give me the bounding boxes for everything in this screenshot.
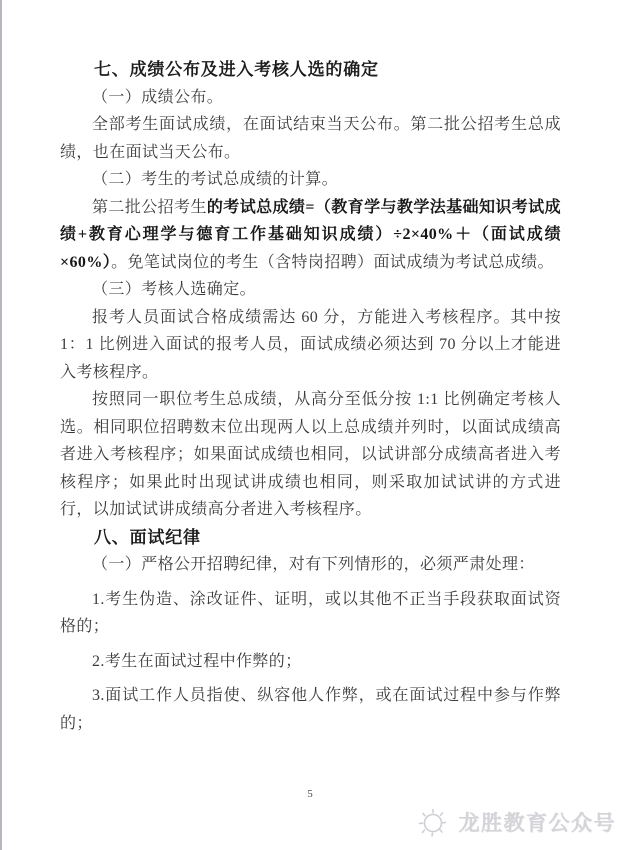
section-7-sub3-para2: 按照同一职位考生总成绩，从高分至低分按 1:1 比例确定考核人选。相同职位招聘数… — [60, 386, 561, 524]
section-7-sub1-body: 全部考生面试成绩，在面试结束当天公布。第二批公招考生总成绩，也在面试当天公布。 — [60, 111, 561, 166]
discipline-item-3: 3.面试工作人员指使、纵容他人作弊，或在面试过程中参与作弊的； — [60, 682, 561, 737]
page-number: 5 — [0, 788, 620, 800]
section-7-sub2-title: （二）考生的考试总成绩的计算。 — [60, 166, 561, 194]
document-body: 七、成绩公布及进入考核人选的确定 （一）成绩公布。 全部考生面试成绩，在面试结束… — [60, 56, 561, 737]
watermark-label: 龙胜教育公众号 — [459, 807, 617, 837]
section-7-heading: 七、成绩公布及进入考核人选的确定 — [60, 56, 561, 84]
section-8-intro: （一）严格公开招聘纪律，对有下列情形的，必须严肃处理： — [60, 551, 561, 579]
section-7-sub1-title: （一）成绩公布。 — [60, 84, 561, 112]
scan-edge-line — [0, 0, 2, 850]
sun-logo-icon — [412, 805, 452, 839]
formula-suffix: 。免笔试岗位的考生（含特岗招聘）面试成绩为考试总成绩。 — [111, 254, 554, 271]
watermark: 龙胜教育公众号 — [412, 805, 617, 839]
formula-prefix: 第二批公招考生 — [92, 199, 207, 216]
discipline-item-1: 1.考生伪造、涂改证件、证明，或以其他不正当手段获取面试资格的； — [60, 586, 561, 641]
section-7-formula-paragraph: 第二批公招考生的考试总成绩=（教育学与教学法基础知识考试成绩+教育心理学与德育工… — [60, 194, 561, 277]
document-page: 七、成绩公布及进入考核人选的确定 （一）成绩公布。 全部考生面试成绩，在面试结束… — [0, 0, 620, 850]
section-7-sub3-title: （三）考核人选确定。 — [60, 276, 561, 304]
discipline-item-2: 2.考生在面试过程中作弊的； — [60, 648, 561, 676]
section-8-heading: 八、面试纪律 — [60, 524, 561, 552]
section-7-sub3-para1: 报考人员面试合格成绩需达 60 分，方能进入考核程序。其中按 1：1 比例进入面… — [60, 304, 561, 387]
